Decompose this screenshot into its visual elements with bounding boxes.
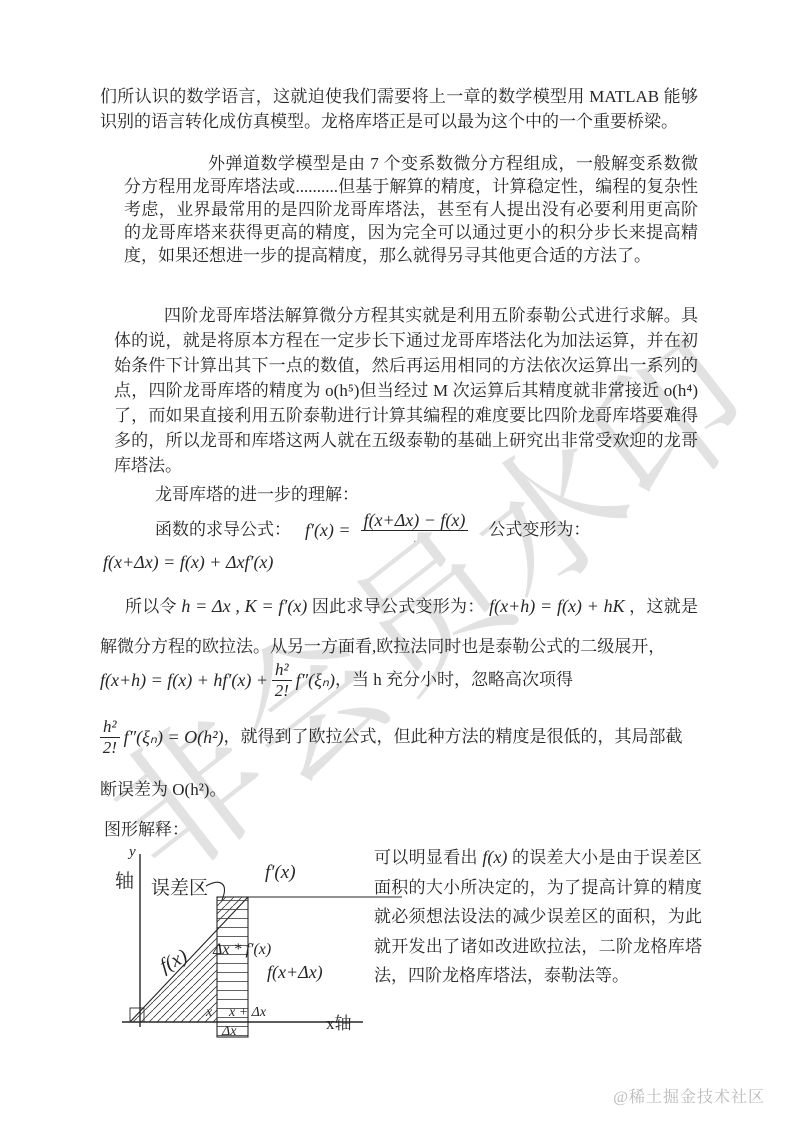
taylor-math-pre: f(x+h) = f(x) + hf′(x) + <box>100 668 268 693</box>
fraction-denominator: 2! <box>275 681 289 701</box>
explanation-math: f(x) <box>482 847 507 867</box>
euler-text-pre: 所以令 <box>125 597 181 616</box>
rect-area-label: Δx * f′(x) <box>213 941 271 959</box>
community-credit: @稀土掘金技术社区 <box>613 1084 765 1107</box>
x-plus-dx-tick-label: x + Δx <box>229 1005 266 1021</box>
derivative-formula-line: 函数的求导公式： f′(x) = f(x+Δx) − f(x) · 公式变形为： <box>155 506 590 554</box>
truncation-error-line: h² 2! f″(ξₙ) = O(h²) ，就得到了欧拉公式，但此种方法的精度是… <box>100 712 683 762</box>
explanation-pre: 可以明显看出 <box>374 848 482 867</box>
y-axis-letter: y <box>129 844 136 861</box>
derivative-formula-label: 函数的求导公式： <box>155 518 291 543</box>
x-axis-label: x轴 <box>326 1009 352 1034</box>
x-tick-label: x <box>206 1005 212 1021</box>
euler-math-result: f(x+h) = f(x) + hK <box>489 596 625 616</box>
paragraph-understanding-heading: 龙哥库塔的进一步的理解： <box>155 483 555 508</box>
taylor-math-post: f″(ξₙ) <box>296 668 335 693</box>
error-math: f″(ξₙ) = O(h²) <box>124 725 224 750</box>
fraction-numerator: h² <box>272 660 292 681</box>
error-region-label: 误差区 <box>151 873 208 900</box>
document-content: 们所认识的数学语言，这就迫使我们需要将上一章的数学模型用 MATLAB 能够识别… <box>0 0 793 1122</box>
rearranged-formula: f(x+Δx) = f(x) + Δxf′(x) <box>103 550 273 575</box>
fprime-label: f′(x) <box>265 862 296 884</box>
fx-plus-dx-label: f(x+Δx) <box>267 962 323 983</box>
euler-math-substitution: h = Δx , K = f′(x) <box>181 596 307 616</box>
taylor-fraction: h² 2! <box>272 660 292 701</box>
paragraph-rk4-explanation: 四阶龙哥库塔法解算微分方程其实就是利用五阶泰勒公式进行求解。具体的说，就是将原本… <box>114 303 698 478</box>
dx-label: Δx <box>222 1024 236 1040</box>
euler-error-figure: y 轴 误差区 f′(x) f(x) Δx * f′(x) f(x+Δx) x … <box>105 842 407 1074</box>
paragraph-intro: 们所认识的数学语言，这就迫使我们需要将上一章的数学模型用 MATLAB 能够识别… <box>100 85 698 134</box>
error-fraction: h² 2! <box>100 717 120 758</box>
derivative-fraction: f(x+Δx) − f(x) · <box>361 510 469 551</box>
derivative-formula-lhs: f′(x) = <box>305 518 351 543</box>
derivative-formula-tail: 公式变形为： <box>488 518 590 543</box>
fraction-denominator: · <box>413 531 416 551</box>
y-axis-label: 轴 <box>115 866 134 893</box>
taylor-expansion-line: f(x+h) = f(x) + hf′(x) + h² 2! f″(ξₙ) ，当… <box>100 655 573 705</box>
taylor-text-tail: ，当 h 充分小时，忽略高次项得 <box>335 668 573 693</box>
truncation-error-line2: 断误差为 O(h²)。 <box>100 778 698 803</box>
figure-caption-heading: 图形解释： <box>104 818 304 843</box>
explanation-post: 的误差大小是由于误差区面积的大小所决定的，为了提高计算的精度就必须想法设法的减少… <box>374 848 702 985</box>
fraction-numerator: f(x+Δx) − f(x) <box>361 510 469 531</box>
error-text-tail: ，就得到了欧拉公式，但此种方法的精度是很低的，其局部截 <box>224 725 683 750</box>
document-page: 非会员水印 们所认识的数学语言，这就迫使我们需要将上一章的数学模型用 MATLA… <box>0 0 793 1122</box>
fraction-denominator: 2! <box>103 738 117 758</box>
figure-explanation-text: 可以明显看出 f(x) 的误差大小是由于误差区面积的大小所决定的，为了提高计算的… <box>374 843 702 991</box>
euler-text-mid: 因此求导公式变形为： <box>307 597 489 616</box>
fraction-numerator: h² <box>100 717 120 738</box>
paragraph-trajectory-model: 外弹道数学模型是由 7 个变系数微分方程组成，一般解变系数微分方程用龙哥库塔法或… <box>124 152 698 267</box>
